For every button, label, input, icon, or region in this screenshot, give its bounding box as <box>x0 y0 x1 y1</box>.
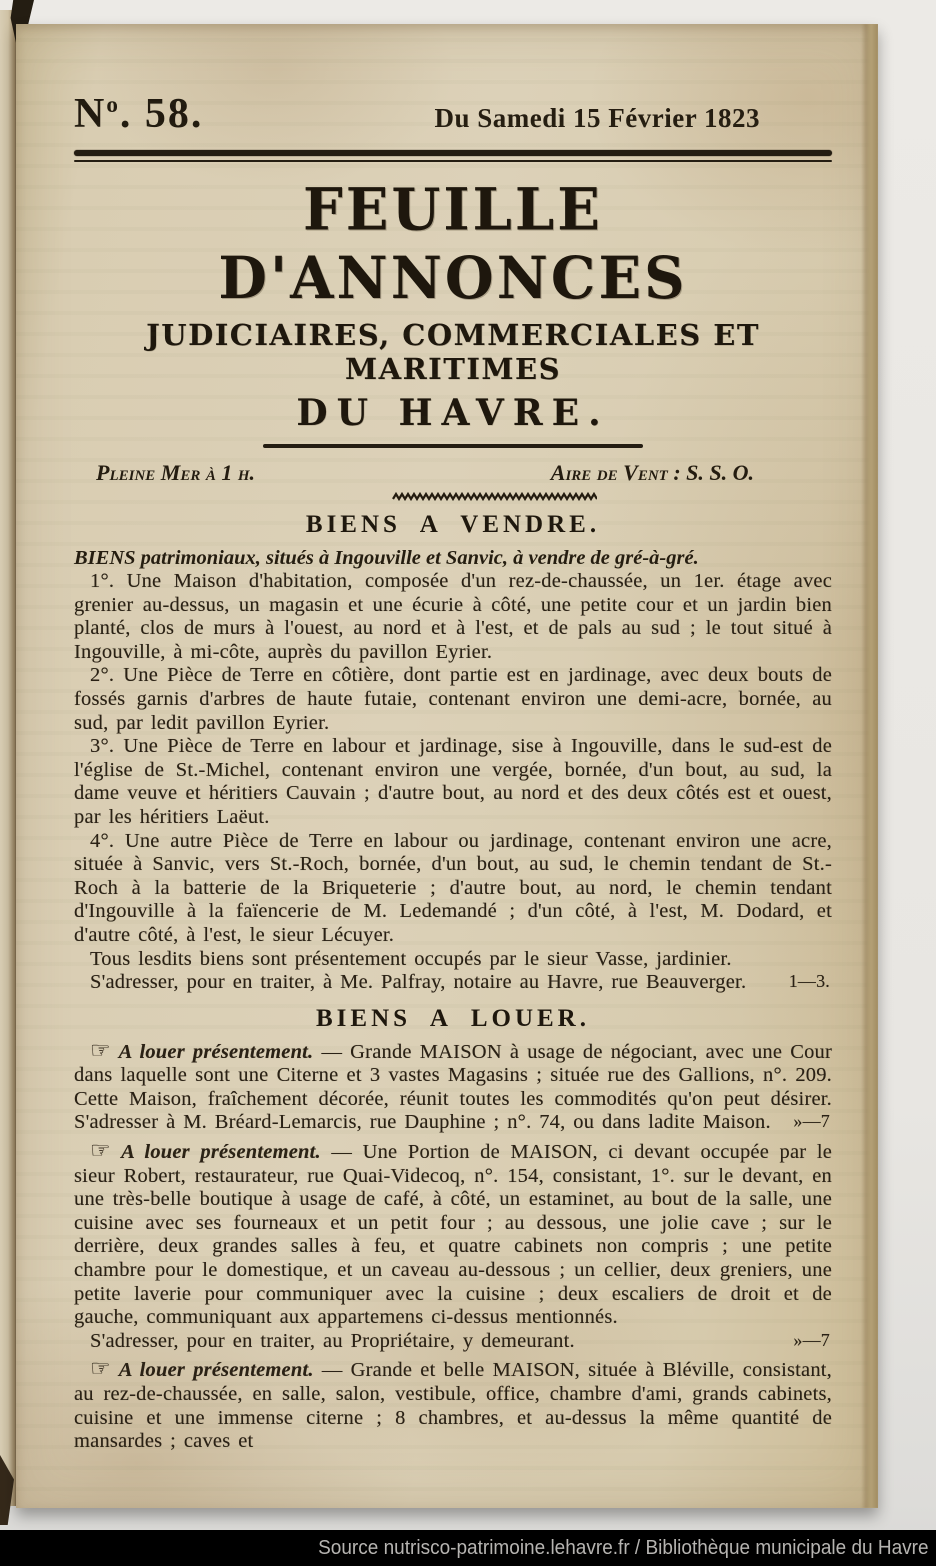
masthead-subtitle: JUDICIAIRES, COMMERCIALES ET MARITIMES <box>74 318 832 386</box>
louer-entry-2-body: — Une Portion de MAISON, ci devant occup… <box>74 1141 832 1328</box>
manicule-icon: ☞ <box>90 1138 111 1164</box>
manicule-icon: ☞ <box>90 1356 111 1382</box>
louer-entry-1: ☞ A louer présentement. — Grande MAISON … <box>74 1040 832 1135</box>
masthead-rule <box>263 444 643 448</box>
vendre-lead: BIENS patrimoniaux, situés à Ingouville … <box>74 546 832 570</box>
vendre-paragraph-1: 1°. Une Maison d'habitation, composée d'… <box>74 570 832 664</box>
section-heading-louer: BIENS A LOUER. <box>74 1005 832 1033</box>
louer-entry-2-lead: A louer présentement. <box>121 1141 321 1163</box>
date-line: Du Samedi 15 Février 1823 <box>435 103 760 134</box>
louer-entry-3: ☞ A louer présentement. — Grande et bell… <box>74 1358 832 1453</box>
issue-sup: o <box>106 91 120 117</box>
manicule-icon: ☞ <box>90 1038 111 1064</box>
page-deckle-edge <box>861 24 878 1508</box>
vendre-paragraph-2: 2°. Une Pièce de Terre en côtière, dont … <box>74 664 832 735</box>
vendre-paragraph-4: 4°. Une autre Pièce de Terre en labour o… <box>74 830 832 948</box>
louer-entry-1-lead: A louer présentement. <box>119 1041 314 1063</box>
vendre-contact-text: S'adresser, pour en traiter, à Me. Palfr… <box>90 971 746 993</box>
issue-n: N <box>74 91 106 137</box>
footer-bar: Source nutrisco-patrimoine.lehavre.fr / … <box>0 1530 936 1566</box>
vendre-paragraph-6: S'adresser, pour en traiter, à Me. Palfr… <box>74 971 832 995</box>
vendre-ref-mark: 1—3. <box>789 970 830 994</box>
issue-rest: . 58. <box>120 91 204 137</box>
masthead-city: DU HAVRE. <box>74 392 832 434</box>
section-heading-vendre: BIENS A VENDRE. <box>74 511 832 539</box>
header-divider-rule <box>74 150 832 162</box>
vendre-paragraph-5: Tous lesdits biens sont présentement occ… <box>74 948 832 972</box>
issue-number: No. 58. <box>74 90 203 138</box>
louer-entry-2-addr-text: S'adresser, pour en traiter, au Propriét… <box>90 1330 575 1352</box>
wind-label: Aire de Vent : S. S. O. <box>551 460 754 486</box>
rule-thin <box>74 160 832 162</box>
section-biens-a-vendre: BIENS A VENDRE. BIENS patrimoniaux, situ… <box>74 511 832 995</box>
source-credit: Source nutrisco-patrimoine.lehavre.fr / … <box>319 1537 929 1560</box>
masthead-title: FEUILLE D'ANNONCES <box>74 175 832 312</box>
page-header: No. 58. Du Samedi 15 Février 1823 <box>74 90 832 138</box>
louer-entry-2: ☞ A louer présentement. — Une Portion de… <box>74 1140 832 1330</box>
louer-entry-2-address: S'adresser, pour en traiter, au Propriét… <box>74 1330 832 1354</box>
newspaper-page: No. 58. Du Samedi 15 Février 1823 FEUILL… <box>16 24 878 1508</box>
tide-wind-bar: Pleine Mer à 1 h. Aire de Vent : S. S. O… <box>74 458 832 486</box>
masthead: FEUILLE D'ANNONCES JUDICIAIRES, COMMERCI… <box>74 178 832 448</box>
zigzag-path <box>393 494 597 499</box>
rule-thick <box>74 150 832 156</box>
section-biens-a-louer: BIENS A LOUER. ☞ A louer présentement. —… <box>74 1005 832 1454</box>
louer-entry-1-ref: »—7 <box>793 1110 830 1134</box>
louer-entry-3-lead: A louer présentement. <box>119 1359 314 1381</box>
louer-entry-2-ref: »—7 <box>793 1329 830 1353</box>
zigzag-divider <box>392 491 597 501</box>
tide-label: Pleine Mer à 1 h. <box>96 460 255 486</box>
vendre-paragraph-3: 3°. Une Pièce de Terre en labour et jard… <box>74 735 832 829</box>
